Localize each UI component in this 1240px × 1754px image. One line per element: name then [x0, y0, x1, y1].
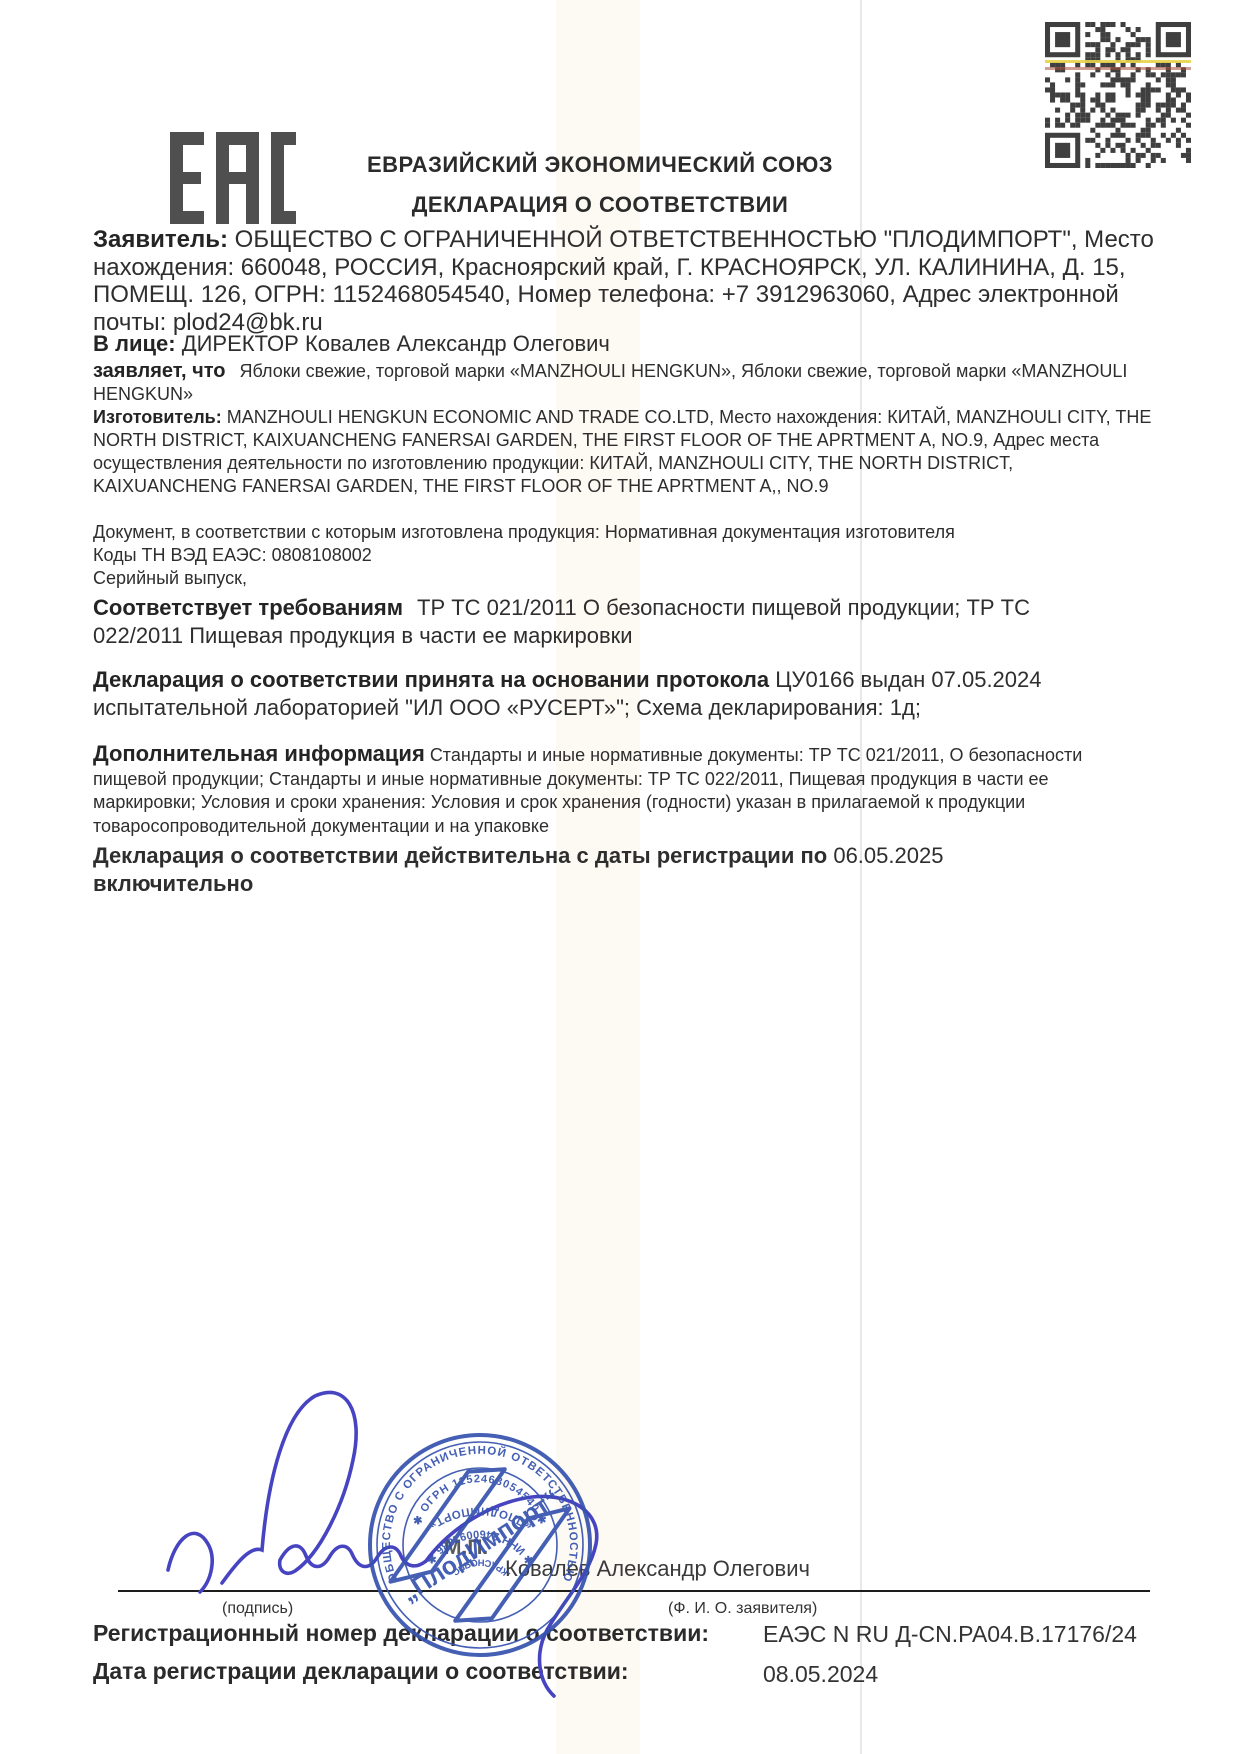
basis-label: Декларация о соответствии принята на осн… [93, 667, 769, 692]
qr-code [1045, 22, 1191, 168]
manufacturer-label: Изготовитель: [93, 407, 222, 427]
fio-caption: (Ф. И. О. заявителя) [668, 1600, 817, 1618]
union-title: ЕВРАЗИЙСКИЙ ЭКОНОМИЧЕСКИЙ СОЮЗ [93, 152, 1107, 178]
tnved-code-line: Коды ТН ВЭД ЕАЭС: 0808108002 [93, 544, 1153, 567]
product-details-block: Документ, в соответствии с которым изгот… [93, 521, 1153, 590]
normative-doc-line: Документ, в соответствии с которым изгот… [93, 521, 1153, 544]
manufacturer-paragraph: Изготовитель: MANZHOULI HENGKUN ECONOMIC… [93, 406, 1153, 498]
manufacturer-text: MANZHOULI HENGKUN ECONOMIC AND TRADE CO.… [93, 407, 1151, 496]
validity-label: Декларация о соответствии действительна … [93, 843, 827, 868]
declaration-document-page: ЕВРАЗИЙСКИЙ ЭКОНОМИЧЕСКИЙ СОЮЗ ДЕКЛАРАЦИ… [0, 0, 1240, 1754]
applicant-text: ОБЩЕСТВО С ОГРАНИЧЕННОЙ ОТВЕТСТВЕННОСТЬЮ… [93, 226, 1154, 336]
person-label: В лице: [93, 331, 176, 356]
registration-date-value: 08.05.2024 [763, 1661, 878, 1688]
additional-info-paragraph: Дополнительная информация Стандарты и ин… [93, 742, 1138, 838]
declares-text: Яблоки свежие, торговой марки «MANZHOULI… [93, 361, 1127, 404]
complies-label: Соответствует требованиям [93, 595, 403, 620]
declares-paragraph: заявляет, чтоЯблоки свежие, торговой мар… [93, 360, 1143, 406]
declares-label: заявляет, что [93, 360, 226, 382]
basis-paragraph: Декларация о соответствии принята на осн… [93, 666, 1108, 721]
company-stamp: ОБЩЕСТВО С ОГРАНИЧЕННОЙ ОТВЕТСТВЕННОСТЬЮ… [330, 1395, 630, 1695]
person-text: ДИРЕКТОР Ковалев Александр Олегович [182, 331, 610, 356]
validity-suffix: включительно [93, 871, 253, 896]
validity-paragraph: Декларация о соответствии действительна … [93, 842, 1108, 897]
person-paragraph: В лице: ДИРЕКТОР Ковалев Александр Олего… [93, 331, 1143, 357]
additional-info-label: Дополнительная информация [93, 741, 425, 766]
document-title: ДЕКЛАРАЦИЯ О СООТВЕТСТВИИ [93, 192, 1107, 218]
applicant-label: Заявитель: [93, 226, 228, 253]
registration-number-value: ЕАЭС N RU Д-CN.РА04.В.17176/24 [763, 1621, 1137, 1648]
serial-release-line: Серийный выпуск, [93, 567, 1153, 590]
applicant-paragraph: Заявитель: ОБЩЕСТВО С ОГРАНИЧЕННОЙ ОТВЕТ… [93, 226, 1158, 336]
complies-paragraph: Соответствует требованиямТР ТС 021/2011 … [93, 594, 1093, 649]
validity-date: 06.05.2025 [833, 843, 943, 868]
